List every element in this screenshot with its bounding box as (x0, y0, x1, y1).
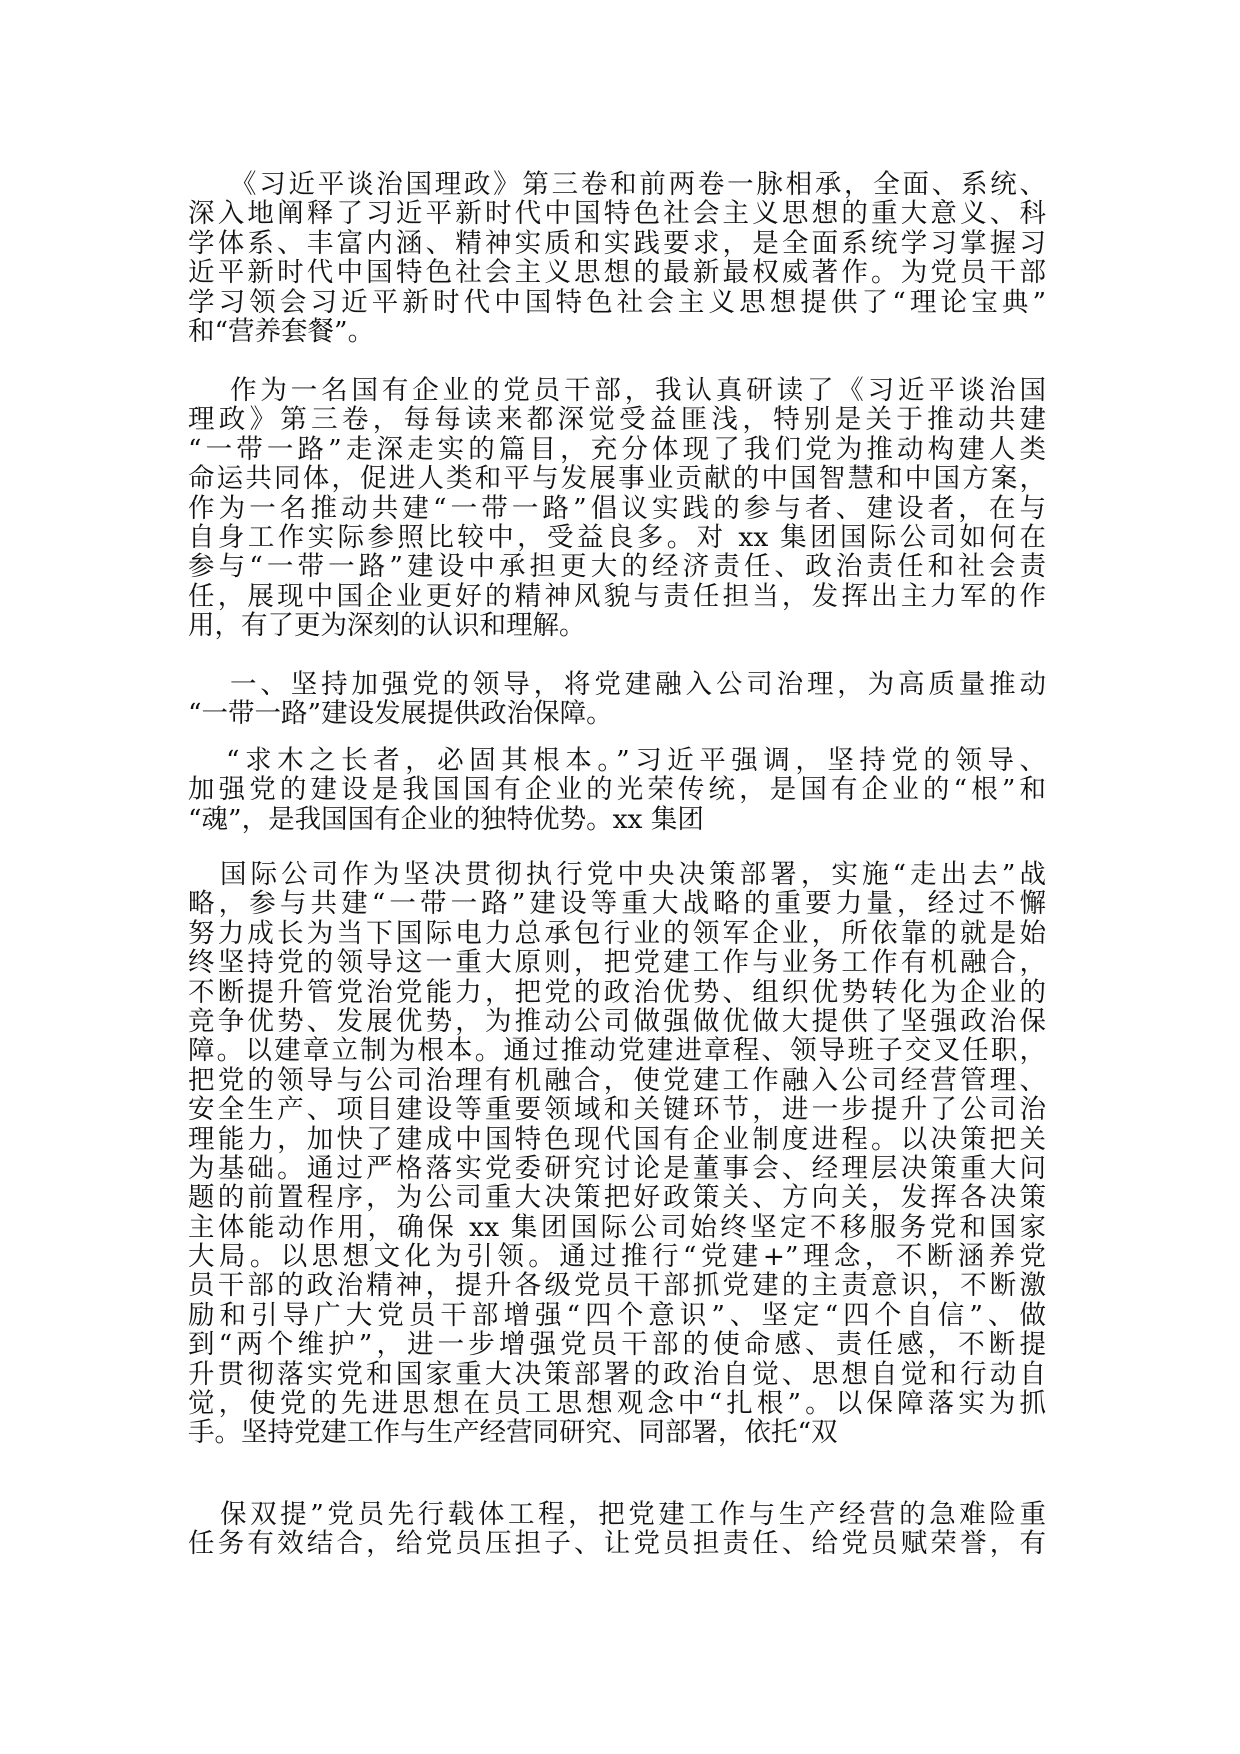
text-line: 略，参与共建“一带一路”建设等重大战略的重要力量，经过不懈 (188, 889, 1046, 918)
text-line: 题的前置程序，为公司重大决策把好政策关、方向关，发挥各决策 (188, 1183, 1046, 1212)
text-line: 命运共同体，促进人类和平与发展事业贡献的中国智慧和中国方案， (188, 464, 1046, 493)
text-line: 参与“一带一路”建设中承担更大的经济责任、政治责任和社会责 (188, 552, 1046, 581)
text-line: 员干部的政治精神，提升各级党员干部抓党建的主责意识，不断激 (188, 1271, 1046, 1300)
text-line: 自身工作实际参照比较中，受益良多。对 xx 集团国际公司如何在 (188, 523, 1046, 552)
text-line: 大局。以思想文化为引领。通过推行“党建+”理念，不断涵养党 (188, 1242, 1046, 1271)
paragraph-quote: “求木之长者，必固其根本。”习近平强调，坚持党的领导、 加强党的建设是我国国有企… (188, 746, 1046, 834)
section-heading-one: 一、坚持加强党的领导，将党建融入公司治理，为高质量推动 “一带一路”建设发展提供… (188, 670, 1046, 729)
text-line: 用，有了更为深刻的认识和理解。 (188, 611, 1046, 640)
text-line: 国际公司作为坚决贯彻执行党中央决策部署，实施“走出去”战 (188, 860, 1046, 889)
text-line: “一带一路”走深走实的篇目，充分体现了我们党为推动构建人类 (188, 435, 1046, 464)
text-line: 加强党的建设是我国国有企业的光荣传统，是国有企业的“根”和 (188, 775, 1046, 804)
text-line: 把党的领导与公司治理有机融合，使党建工作融入公司经营管理、 (188, 1066, 1046, 1095)
text-line: 一、坚持加强党的领导，将党建融入公司治理，为高质量推动 (188, 670, 1046, 699)
text-line: 安全生产、项目建设等重要领域和关键环节，进一步提升了公司治 (188, 1095, 1046, 1124)
text-line: 《习近平谈治国理政》第三卷和前两卷一脉相承，全面、系统、 (188, 170, 1046, 199)
text-line: 障。以建章立制为根本。通过推动党建进章程、领导班子交叉任职， (188, 1036, 1046, 1065)
paragraph-reflection: 作为一名国有企业的党员干部，我认真研读了《习近平谈治国 理政》第三卷，每每读来都… (188, 376, 1046, 641)
text-line: 深入地阐释了习近平新时代中国特色社会主义思想的重大意义、科 (188, 199, 1046, 228)
text-line: 和“营养套餐”。 (188, 317, 1046, 346)
text-line: “一带一路”建设发展提供政治保障。 (188, 699, 1046, 728)
text-line: 手。坚持党建工作与生产经营同研究、同部署，依托“双 (188, 1418, 1046, 1447)
text-line: 学习领会习近平新时代中国特色社会主义思想提供了“理论宝典” (188, 288, 1046, 317)
paragraph-company: 国际公司作为坚决贯彻执行党中央决策部署，实施“走出去”战 略，参与共建“一带一路… (188, 860, 1046, 1448)
text-line: 近平新时代中国特色社会主义思想的最新最权威著作。为党员干部 (188, 258, 1046, 287)
text-line: 竞争优势、发展优势，为推动公司做强做优做大提供了坚强政治保 (188, 1007, 1046, 1036)
paragraph-double-guarantee: 保双提”党员先行载体工程，把党建工作与生产经营的急难险重 任务有效结合，给党员压… (188, 1500, 1046, 1559)
text-line: 理政》第三卷，每每读来都深觉受益匪浅，特别是关于推动共建 (188, 405, 1046, 434)
text-line: 任务有效结合，给党员压担子、让党员担责任、给党员赋荣誉，有 (188, 1529, 1046, 1558)
text-line: 为基础。通过严格落实党委研究讨论是董事会、经理层决策重大问 (188, 1154, 1046, 1183)
text-line: 不断提升管党治党能力，把党的政治优势、组织优势转化为企业的 (188, 978, 1046, 1007)
text-line: “求木之长者，必固其根本。”习近平强调，坚持党的领导、 (188, 746, 1046, 775)
text-line: 励和引导广大党员干部增强“四个意识”、坚定“四个自信”、做 (188, 1301, 1046, 1330)
text-line: 作为一名国有企业的党员干部，我认真研读了《习近平谈治国 (188, 376, 1046, 405)
text-line: 保双提”党员先行载体工程，把党建工作与生产经营的急难险重 (188, 1500, 1046, 1529)
text-line: 到“两个维护”，进一步增强党员干部的使命感、责任感，不断提 (188, 1330, 1046, 1359)
text-line: 觉，使党的先进思想在员工思想观念中“扎根”。以保障落实为抓 (188, 1389, 1046, 1418)
text-line: 理能力，加快了建成中国特色现代国有企业制度进程。以决策把关 (188, 1125, 1046, 1154)
text-line: 任，展现中国企业更好的精神风貌与责任担当，发挥出主力军的作 (188, 582, 1046, 611)
text-line: 努力成长为当下国际电力总承包行业的领军企业，所依靠的就是始 (188, 919, 1046, 948)
paragraph-intro: 《习近平谈治国理政》第三卷和前两卷一脉相承，全面、系统、 深入地阐释了习近平新时… (188, 170, 1046, 346)
text-line: 终坚持党的领导这一重大原则，把党建工作与业务工作有机融合， (188, 948, 1046, 977)
document-page: 《习近平谈治国理政》第三卷和前两卷一脉相承，全面、系统、 深入地阐释了习近平新时… (0, 0, 1240, 1754)
text-line: 升贯彻落实党和国家重大决策部署的政治自觉、思想自觉和行动自 (188, 1360, 1046, 1389)
text-line: “魂”，是我国国有企业的独特优势。xx 集团 (188, 805, 1046, 834)
text-line: 主体能动作用，确保 xx 集团国际公司始终坚定不移服务党和国家 (188, 1213, 1046, 1242)
text-line: 学体系、丰富内涵、精神实质和实践要求，是全面系统学习掌握习 (188, 229, 1046, 258)
text-line: 作为一名推动共建“一带一路”倡议实践的参与者、建设者，在与 (188, 494, 1046, 523)
